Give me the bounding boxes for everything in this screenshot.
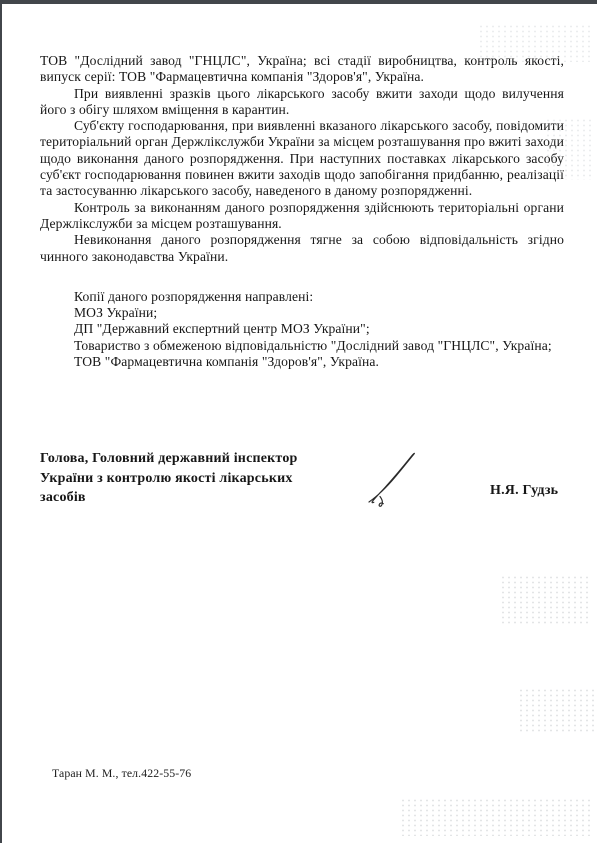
signatory-title: Голова, Головний державний інспектор Укр…: [40, 449, 360, 508]
body-paragraph-control: Контроль за виконанням даного розпорядже…: [40, 200, 564, 233]
body-paragraph-business-entity: Суб'єкту господарювання, при виявленні в…: [40, 118, 564, 199]
body-paragraph-liability: Невиконання даного розпорядження тягне з…: [40, 232, 564, 265]
copies-heading: Копії даного розпорядження направлені:: [40, 289, 564, 305]
signatory-name: Н.Я. Гудзь: [490, 483, 558, 499]
signatory-title-line-2: України з контролю якості лікарських: [40, 469, 360, 489]
copy-recipient-expert-center: ДП "Державний експертний центр МОЗ Украї…: [40, 321, 564, 337]
signatory-title-line-1: Голова, Головний державний інспектор: [40, 449, 360, 469]
footer-contact: Таран М. М., тел.422-55-76: [52, 766, 191, 781]
scan-edge-left: [0, 0, 2, 843]
scan-noise-patch: [500, 575, 592, 625]
signatory-title-line-3: засобів: [40, 488, 360, 508]
signature-ink-icon: [366, 451, 420, 507]
body-paragraph-quarantine: При виявленні зразків цього лікарського …: [40, 86, 564, 119]
scan-noise-patch: [518, 688, 594, 734]
copy-recipient-gncls: Товариство з обмеженою відповідальністю …: [40, 338, 564, 354]
body-paragraph-manufacturer: ТОВ "Дослідний завод "ГНЦЛС", Україна; в…: [40, 53, 564, 86]
copy-recipient-zdorovya: ТОВ "Фармацевтична компанія "Здоров'я", …: [40, 354, 564, 370]
copy-recipient-moz: МОЗ України;: [40, 305, 564, 321]
scan-noise-patch: [400, 798, 592, 836]
document-body: ТОВ "Дослідний завод "ГНЦЛС", Україна; в…: [40, 53, 564, 370]
scanned-document-page: ТОВ "Дослідний завод "ГНЦЛС", Україна; в…: [0, 0, 597, 843]
scan-edge-top: [0, 0, 597, 4]
